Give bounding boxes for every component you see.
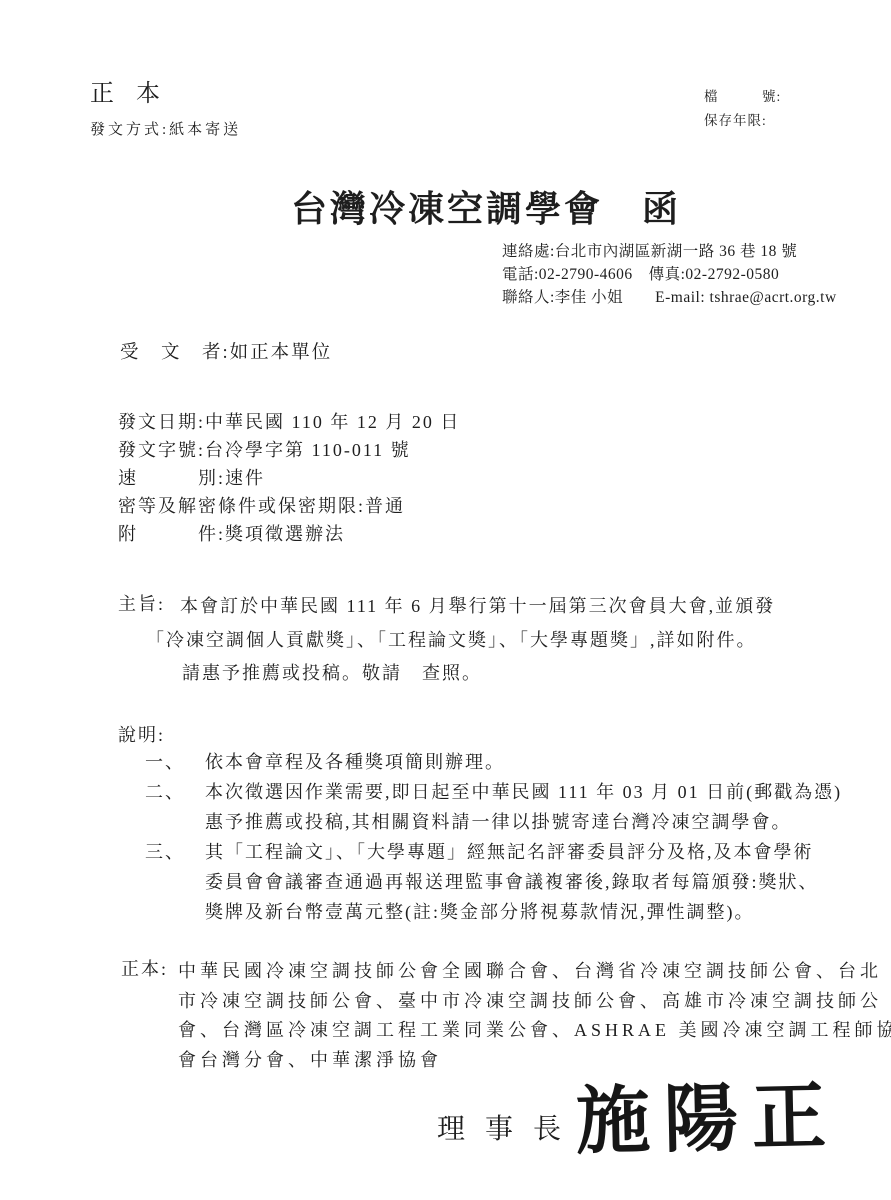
list-num-spacer — [145, 867, 205, 897]
list-item-text: 本次徵選因作業需要,即日起至中華民國 111 年 03 月 01 日前(郵戳為憑… — [205, 777, 842, 807]
signer-signature: 施陽正 — [575, 1077, 841, 1163]
list-item-continuation: 獎牌及新台幣壹萬元整(註:獎金部分將視募款情況,彈性調整)。 — [145, 897, 842, 927]
list-item-text: 其「工程論文」、「大學專題」經無記名評審委員評分及格,及本會學術 — [205, 837, 814, 867]
document-title: 台灣冷凍空調學會 函 — [291, 188, 681, 230]
dispatch-date: 發文日期:中華民國 110 年 12 月 20 日 — [118, 408, 460, 436]
list-item-text: 委員會會議審查通過再報送理監事會議複審後,錄取者每篇頒發:獎狀、 — [205, 867, 819, 897]
retention-period-label: 保存年限: — [704, 109, 767, 129]
file-number-label: 檔 號: — [704, 85, 781, 105]
list-item-text: 惠予推薦或投稿,其相關資料請一律以掛號寄達台灣冷凍空調學會。 — [205, 807, 792, 837]
list-item-continuation: 惠予推薦或投稿,其相關資料請一律以掛號寄達台灣冷凍空調學會。 — [145, 807, 842, 837]
list-item: 二、 本次徵選因作業需要,即日起至中華民國 111 年 03 月 01 日前(郵… — [145, 777, 842, 807]
list-item-number: 三、 — [145, 837, 205, 867]
recipient-line: 受 文 者:如正本單位 — [120, 340, 332, 366]
dispatch-attachment: 附 件:獎項徵選辦法 — [118, 520, 460, 548]
contact-person-email: 聯絡人:李佳 小姐 E-mail: tshrae@acrt.org.tw — [502, 286, 837, 309]
list-item-continuation: 委員會會議審查通過再報送理監事會議複審後,錄取者每篇頒發:獎狀、 — [145, 867, 842, 897]
distribution-line: 中華民國冷凍空調技師公會全國聯合會、台灣省冷凍空調技師公會、台北 — [178, 957, 891, 987]
contact-address: 連絡處:台北市內湖區新湖一路 36 巷 18 號 — [502, 240, 837, 263]
subject-line: 請惠予推薦或投稿。敬請 查照。 — [182, 657, 775, 691]
list-num-spacer — [145, 807, 205, 837]
subject-line: 本會訂於中華民國 111 年 6 月舉行第十一屆第三次會員大會,並頒發 — [180, 590, 775, 624]
list-item-text: 依本會章程及各種獎項簡則辦理。 — [205, 747, 505, 777]
contact-phone-fax: 電話:02-2790-4606 傳真:02-2792-0580 — [502, 263, 837, 286]
copy-type-label: 正本 — [90, 80, 182, 108]
list-item-number: 二、 — [145, 777, 205, 807]
distribution-line: 會、台灣區冷凍空調工程工業同業公會、ASHRAE 美國冷凍空調工程師協 — [178, 1016, 891, 1046]
dispatch-classification: 密等及解密條件或保密期限:普通 — [118, 492, 460, 520]
signer-title: 理事長 — [437, 1114, 581, 1146]
list-item-number: 一、 — [145, 747, 205, 777]
explanation-list: 一、 依本會章程及各種獎項簡則辦理。 二、 本次徵選因作業需要,即日起至中華民國… — [145, 747, 842, 927]
dispatch-number: 發文字號:台冷學字第 110-011 號 — [118, 436, 460, 464]
list-item: 三、 其「工程論文」、「大學專題」經無記名評審委員評分及格,及本會學術 — [145, 837, 842, 867]
scanned-letter-page: 正本 發文方式:紙本寄送 檔 號: 保存年限: 台灣冷凍空調學會 函 連絡處:台… — [0, 0, 891, 1200]
distribution-line: 會台灣分會、中華潔淨協會 — [178, 1046, 891, 1076]
subject-label: 主旨: — [118, 592, 165, 617]
list-item: 一、 依本會章程及各種獎項簡則辦理。 — [145, 747, 842, 777]
distribution-list: 中華民國冷凍空調技師公會全國聯合會、台灣省冷凍空調技師公會、台北 市冷凍空調技師… — [178, 957, 891, 1075]
dispatch-speed: 速 別:速件 — [118, 464, 460, 492]
list-item-text: 獎牌及新台幣壹萬元整(註:獎金部分將視募款情況,彈性調整)。 — [205, 897, 755, 927]
explanation-label: 說明: — [118, 723, 165, 748]
delivery-method-label: 發文方式:紙本寄送 — [90, 118, 241, 139]
subject-text: 本會訂於中華民國 111 年 6 月舉行第十一屆第三次會員大會,並頒發 「冷凍空… — [180, 590, 775, 691]
distribution-line: 市冷凍空調技師公會、臺中市冷凍空調技師公會、高雄市冷凍空調技師公 — [178, 987, 891, 1017]
contact-info-block: 連絡處:台北市內湖區新湖一路 36 巷 18 號 電話:02-2790-4606… — [502, 240, 837, 309]
dispatch-meta-block: 發文日期:中華民國 110 年 12 月 20 日 發文字號:台冷學字第 110… — [118, 408, 460, 548]
subject-line: 「冷凍空調個人貢獻獎」、「工程論文獎」、「大學專題獎」,詳如附件。 — [146, 624, 775, 658]
distribution-label: 正本: — [121, 957, 168, 982]
list-num-spacer — [145, 897, 205, 927]
